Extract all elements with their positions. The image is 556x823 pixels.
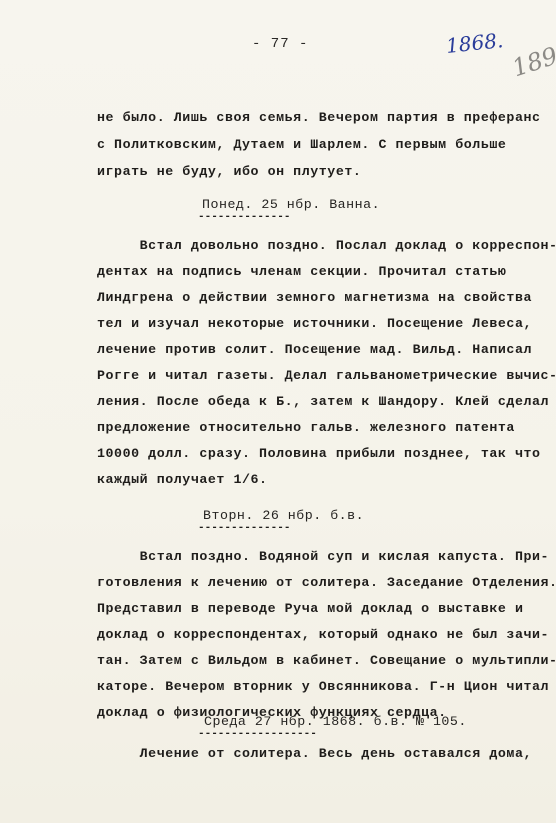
text-line: тел и изучал некоторые источники. Посеще… — [97, 316, 532, 331]
text-line: Рогге и читал газеты. Делал гальванометр… — [97, 368, 556, 383]
entry-heading-wednesday: Среда 27 нбр. 1868. б.в. № 105. — [204, 714, 467, 729]
heading-underline: -------------- — [198, 211, 290, 223]
handwritten-folio-number: 189 — [509, 42, 556, 83]
text-line: Встал довольно поздно. Послал доклад о к… — [97, 238, 556, 253]
text-line: Представил в переводе Руча мой доклад о … — [97, 601, 523, 616]
text-line: дентах на подпись членам секции. Прочита… — [97, 264, 506, 279]
text-line: каторе. Вечером вторник у Овсянникова. Г… — [97, 679, 549, 694]
text-line: каждый получает 1/6. — [97, 472, 268, 487]
text-line: 10000 долл. сразу. Половина прибыли позд… — [97, 446, 541, 461]
text-line: играть не буду, ибо он плутует. — [97, 164, 361, 179]
entry-heading-monday: Понед. 25 нбр. Ванна. — [202, 197, 380, 212]
text-line: тан. Затем с Вильдом в кабинет. Совещани… — [97, 653, 556, 668]
text-line: готовления к лечению от солитера. Заседа… — [97, 575, 556, 590]
text-line: доклад о корреспондентах, который однако… — [97, 627, 549, 642]
text-line: ления. После обеда к Б., затем к Шандору… — [97, 394, 549, 409]
entry-heading-tuesday: Вторн. 26 нбр. б.в. — [203, 508, 364, 523]
heading-underline: -------------- — [198, 522, 290, 534]
text-line: с Политковским, Дутаем и Шарлем. С первы… — [97, 137, 506, 152]
page-number: - 77 - — [252, 36, 308, 52]
document-page: - 77 - 1868. 189 не было. Лишь своя семь… — [0, 0, 556, 823]
text-line: Лечение от солитера. Весь день оставался… — [97, 746, 532, 761]
text-line: предложение относительно гальв. железног… — [97, 420, 515, 435]
handwritten-year-annotation: 1868. — [445, 28, 504, 58]
text-line: Линдгрена о действии земного магнетизма … — [97, 290, 532, 305]
text-line: Встал поздно. Водяной суп и кислая капус… — [97, 549, 549, 564]
heading-underline: ------------------ — [198, 728, 317, 740]
text-line: не было. Лишь своя семья. Вечером партия… — [97, 110, 541, 125]
text-line: лечение против солит. Посещение мад. Вил… — [97, 342, 532, 357]
